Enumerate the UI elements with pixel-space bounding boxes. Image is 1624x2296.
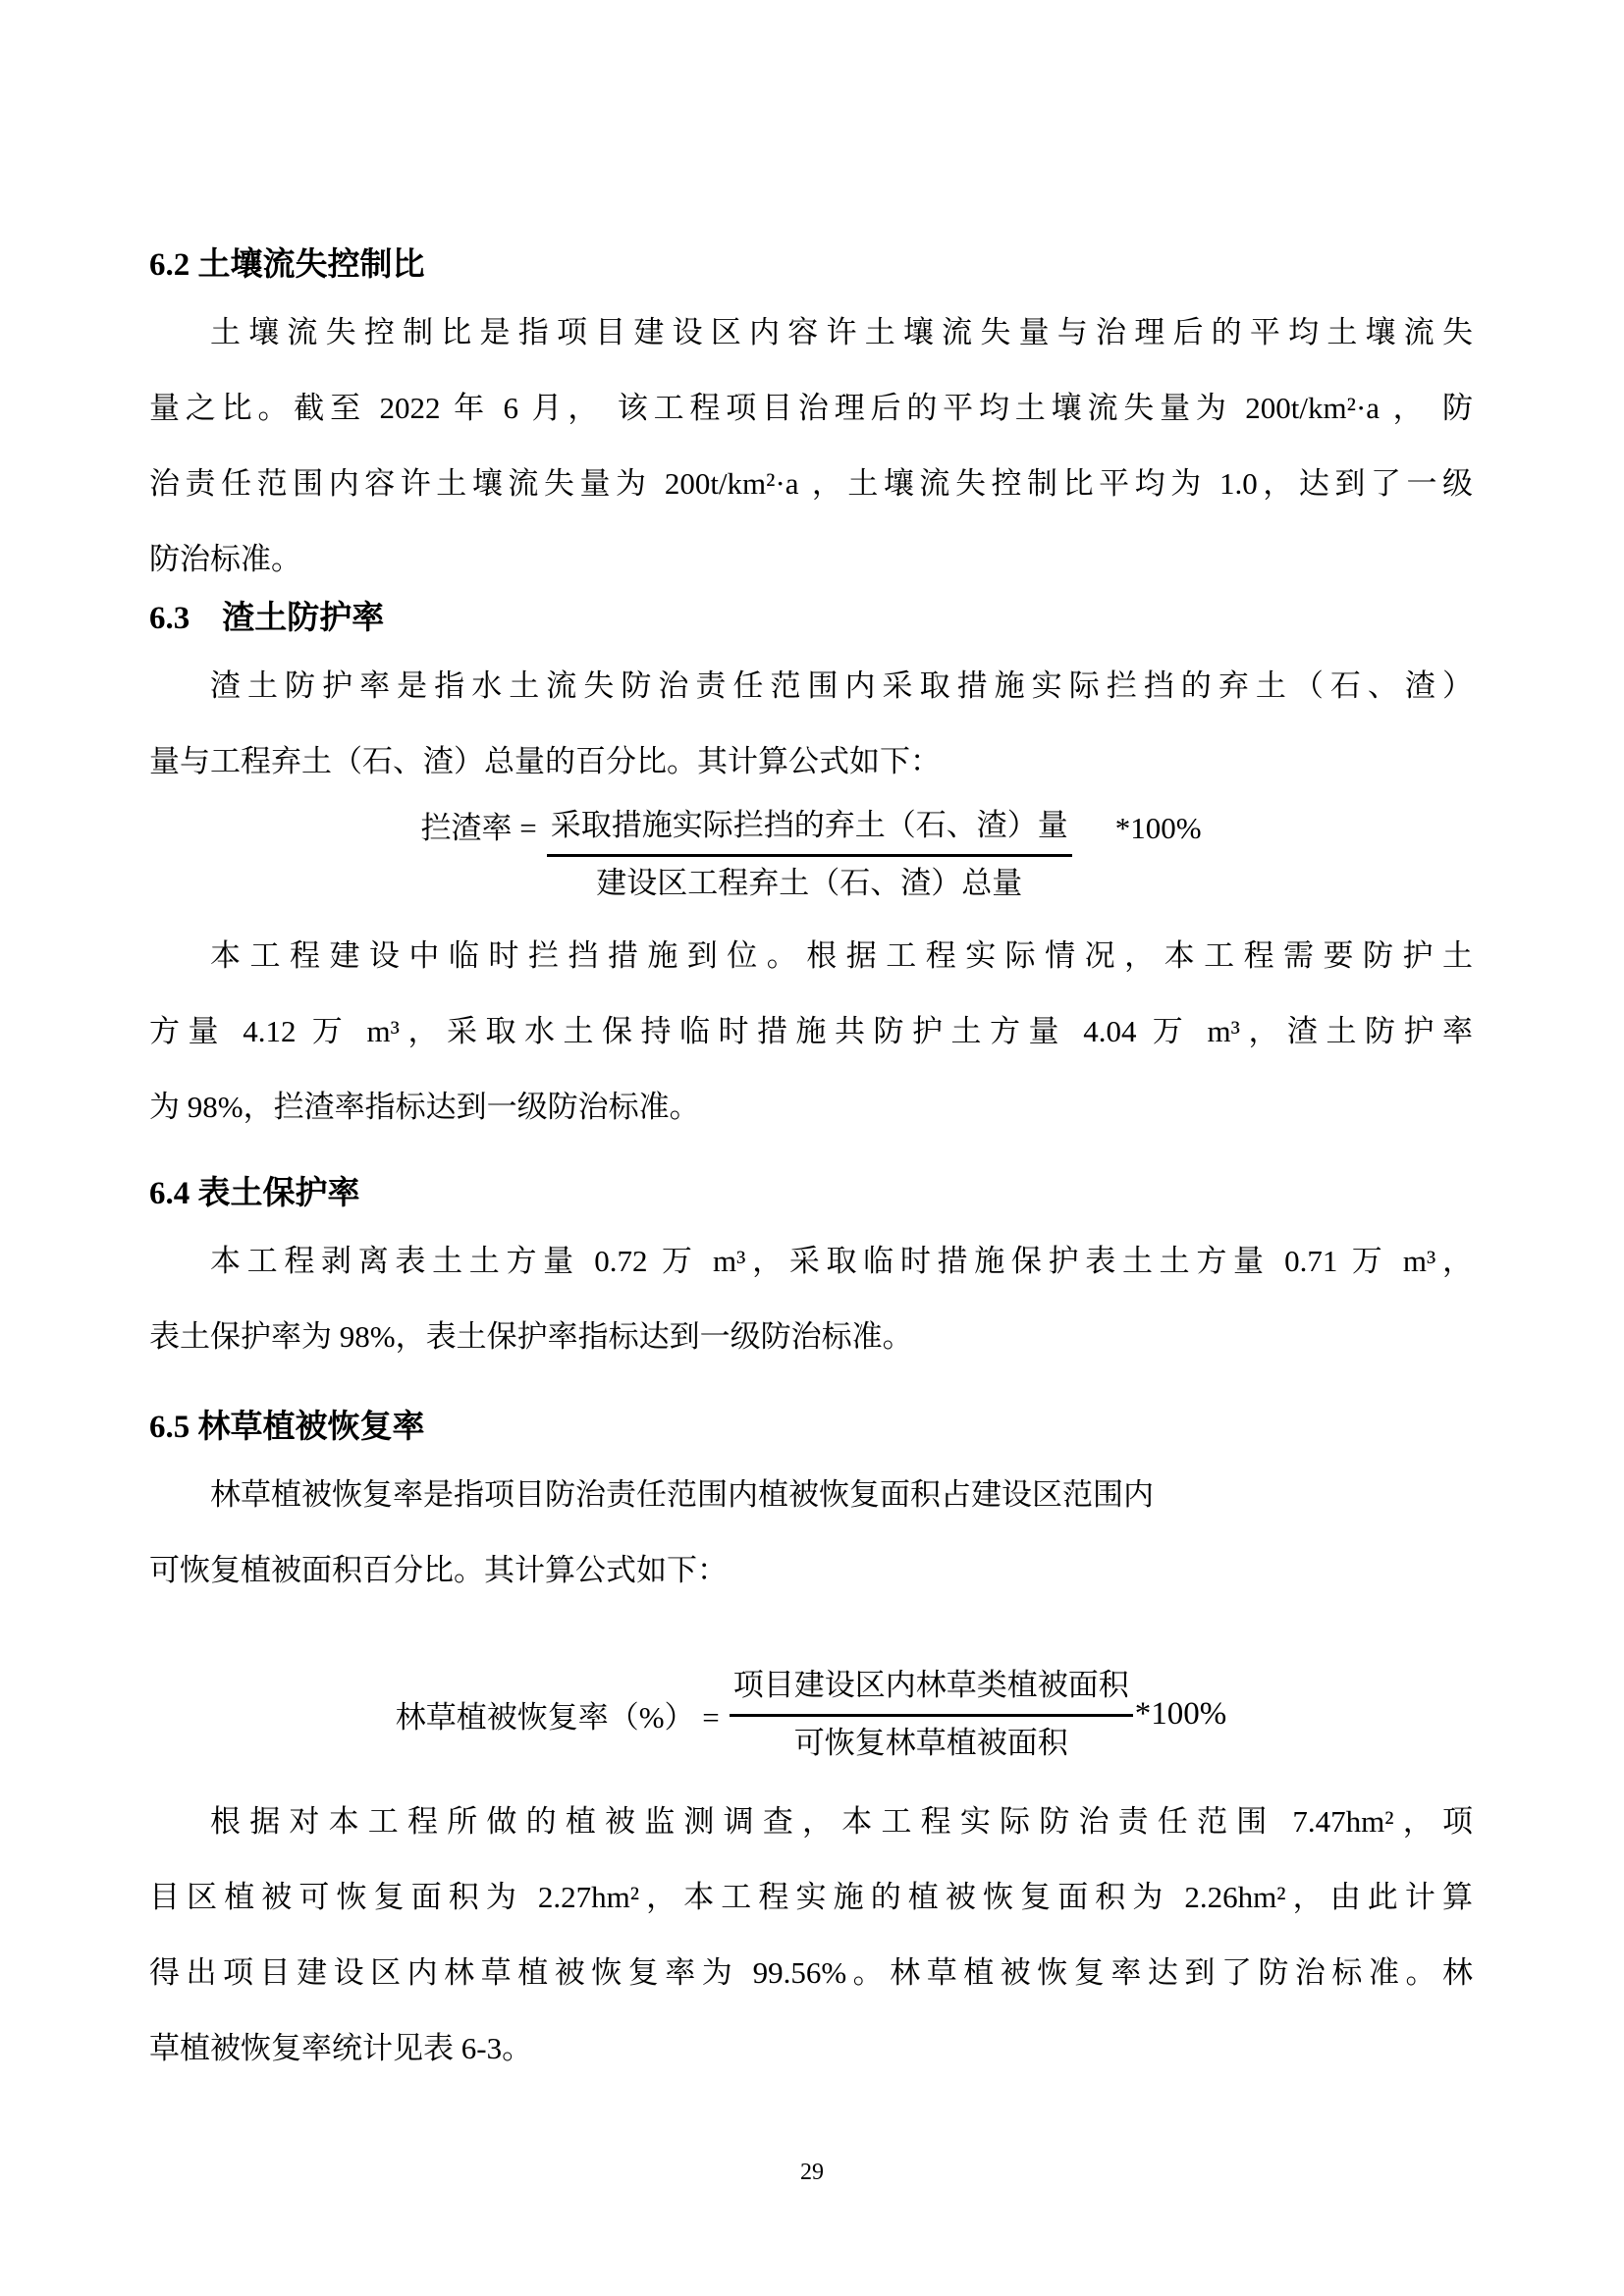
slag-retention-formula: 拦渣率 = 采取措施实际拦挡的弃土（石、渣）量 建设区工程弃土（石、渣）总量 *… [149, 803, 1473, 906]
text-line: 目区植被可恢复面积为 2.27hm²，本工程实施的植被恢复面积为 2.26hm²… [149, 1859, 1473, 1935]
vegetation-recovery-formula: 林草植被恢复率（%） = 项目建设区内林草类植被面积 可恢复林草植被面积 *10… [149, 1663, 1473, 1766]
section-6-3-heading: 6.3 渣土防护率 [149, 599, 1473, 638]
text-line: 草植被恢复率统计见表 6-3。 [149, 2010, 1473, 2086]
formula-fraction: 项目建设区内林草类植被面积 可恢复林草植被面积 [730, 1663, 1133, 1766]
text-line: 防治标准。 [149, 521, 1473, 597]
text-line: 表土保护率为 98%，表土保护率指标达到一级防治标准。 [149, 1299, 1473, 1374]
text-line: 得出项目建设区内林草植被恢复率为 99.56%。林草植被恢复率达到了防治标准。林 [149, 1935, 1473, 2010]
formula-label: 林草植被恢复率（%） = [396, 1692, 720, 1736]
formula-fraction: 采取措施实际拦挡的弃土（石、渣）量 建设区工程弃土（石、渣）总量 [547, 803, 1072, 906]
section-6-3: 6.3 渣土防护率 渣土防护率是指水土流失防治责任范围内采取措施实际拦挡的弃土（… [149, 599, 1473, 1145]
formula-label: 拦渣率 = [420, 803, 536, 854]
text-line: 本工程剥离表土土方量 0.72 万 m³，采取临时措施保护表土土方量 0.71 … [149, 1223, 1473, 1299]
text-line: 治责任范围内容许土壤流失量为 200t/km²·a ，土壤流失控制比平均为 1.… [149, 446, 1473, 521]
text-line: 量与工程弃土（石、渣）总量的百分比。其计算公式如下： [149, 723, 1473, 799]
section-6-5: 6.5 林草植被恢复率 林草植被恢复率是指项目防治责任范围内植被恢复面积占建设区… [149, 1408, 1473, 2086]
text-line: 本工程建设中临时拦挡措施到位。根据工程实际情况，本工程需要防护土 [149, 918, 1473, 993]
formula-denominator: 建设区工程弃土（石、渣）总量 [596, 857, 1022, 906]
formula-numerator: 项目建设区内林草类植被面积 [730, 1663, 1133, 1717]
text-line: 量之比。截至 2022 年 6 月， 该工程项目治理后的平均土壤流失量为 200… [149, 370, 1473, 446]
formula-multiplier: *100% [1115, 803, 1202, 854]
section-6-5-paragraph-2: 根据对本工程所做的植被监测调查，本工程实际防治责任范围 7.47hm²，项 目区… [149, 1784, 1473, 2086]
text-line: 为 98%，拦渣率指标达到一级防治标准。 [149, 1069, 1473, 1145]
section-6-4: 6.4 表土保护率 本工程剥离表土土方量 0.72 万 m³，采取临时措施保护表… [149, 1174, 1473, 1374]
formula-numerator: 采取措施实际拦挡的弃土（石、渣）量 [547, 803, 1072, 857]
section-6-2-paragraph: 土壤流失控制比是指项目建设区内容许土壤流失量与治理后的平均土壤流失 量之比。截至… [149, 294, 1473, 597]
section-6-4-heading: 6.4 表土保护率 [149, 1174, 1473, 1213]
document-page: 6.2 土壤流失控制比 土壤流失控制比是指项目建设区内容许土壤流失量与治理后的平… [0, 0, 1624, 2296]
text-line: 土壤流失控制比是指项目建设区内容许土壤流失量与治理后的平均土壤流失 [149, 294, 1473, 370]
text-line: 方量 4.12 万 m³，采取水土保持临时措施共防护土方量 4.04 万 m³，… [149, 993, 1473, 1069]
section-6-5-paragraph-1: 林草植被恢复率是指项目防治责任范围内植被恢复面积占建设区范围内 可恢复植被面积百… [149, 1457, 1473, 1608]
page-number: 29 [0, 2160, 1624, 2186]
formula-denominator: 可恢复林草植被面积 [794, 1717, 1068, 1766]
formula-multiplier: *100% [1135, 1696, 1227, 1733]
text-line: 可恢复植被面积百分比。其计算公式如下： [149, 1532, 1473, 1608]
section-6-4-paragraph: 本工程剥离表土土方量 0.72 万 m³，采取临时措施保护表土土方量 0.71 … [149, 1223, 1473, 1374]
section-6-3-paragraph-2: 本工程建设中临时拦挡措施到位。根据工程实际情况，本工程需要防护土 方量 4.12… [149, 918, 1473, 1145]
section-6-3-paragraph-1: 渣土防护率是指水土流失防治责任范围内采取措施实际拦挡的弃土（石、渣） 量与工程弃… [149, 648, 1473, 799]
text-line: 林草植被恢复率是指项目防治责任范围内植被恢复面积占建设区范围内 [149, 1457, 1473, 1532]
section-6-2-heading: 6.2 土壤流失控制比 [149, 245, 1473, 285]
text-line: 根据对本工程所做的植被监测调查，本工程实际防治责任范围 7.47hm²，项 [149, 1784, 1473, 1859]
section-6-5-heading: 6.5 林草植被恢复率 [149, 1408, 1473, 1447]
text-line: 渣土防护率是指水土流失防治责任范围内采取措施实际拦挡的弃土（石、渣） [149, 648, 1473, 723]
section-6-2: 6.2 土壤流失控制比 土壤流失控制比是指项目建设区内容许土壤流失量与治理后的平… [149, 245, 1473, 597]
